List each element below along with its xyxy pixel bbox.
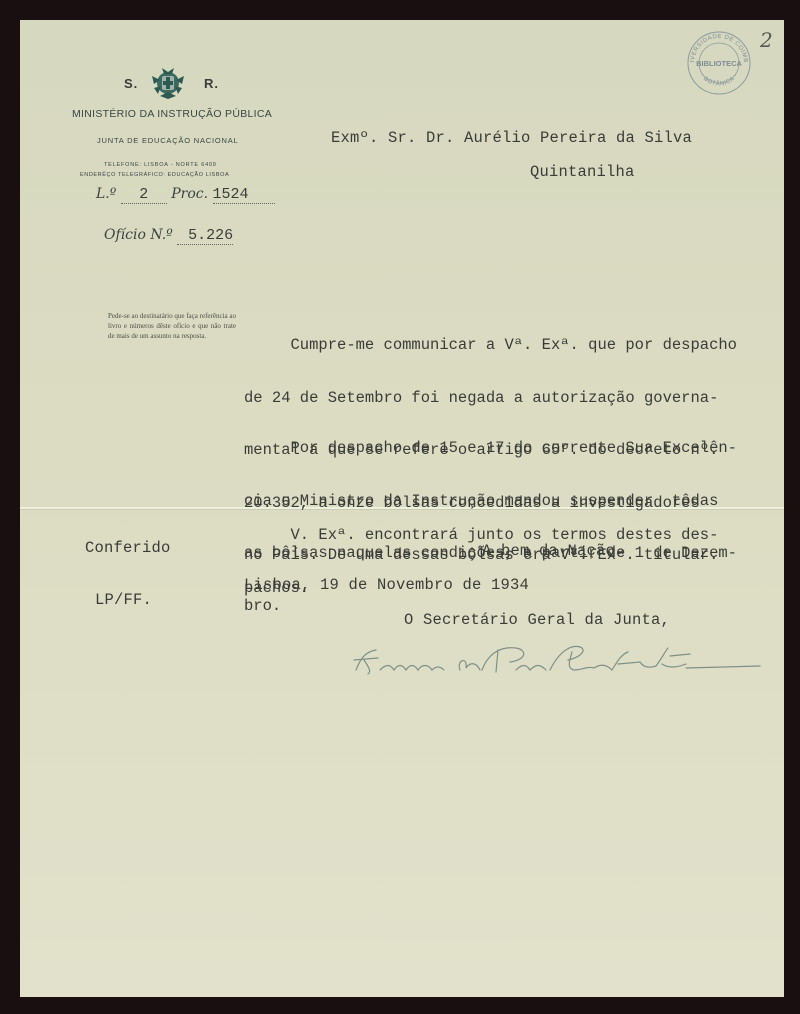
date-line: Lisboa, 19 de Novembro de 1934 <box>244 576 529 594</box>
oficio-line: Ofício N.º 5.226 <box>104 227 233 245</box>
proc-value: 1524 <box>213 186 249 203</box>
library-stamp-icon: UNIVERSIDADE DE COIMBRA BIBLIOTECA · BOT… <box>686 30 752 96</box>
junta-name: JUNTA DE EDUCAÇÃO NACIONAL <box>97 136 239 145</box>
proc-label: Proc. <box>171 186 208 202</box>
livro-label: L.º <box>96 186 116 202</box>
svg-text:BIBLIOTECA: BIBLIOTECA <box>696 59 742 68</box>
body-line: Por despacho de 15 e 17 do corrente Sua … <box>244 440 737 458</box>
salutation: A bem da Nação <box>482 542 615 560</box>
page-number: 2 <box>760 28 773 52</box>
addressee-place: Quintanilha <box>530 163 635 181</box>
reply-instructions-note: Pede-se ao destinatário que faça referên… <box>108 311 236 341</box>
svg-text:· BOTÂNICA ·: · BOTÂNICA · <box>699 73 739 88</box>
livro-value: 2 <box>139 186 148 203</box>
ministry-name: MINISTÉRIO DA INSTRUÇÃO PÚBLICA <box>72 108 272 120</box>
sr-right: R. <box>204 76 219 91</box>
sr-left: S. <box>124 76 138 91</box>
conferido-label: Conferido <box>85 539 171 557</box>
oficio-value: 5.226 <box>188 227 233 244</box>
typist-initials: LP/FF. <box>95 591 152 609</box>
body-line: Cumpre-me communicar a Vª. Exª. que por … <box>244 337 737 355</box>
telegraphic-address: ENDERÊÇO TELEGRÁFICO: EDUCAÇÃO LISBOA <box>80 172 229 178</box>
document-page: S. R. MINISTÉRIO DA INSTRUÇÃO PÚBLICA JU… <box>20 20 784 997</box>
signature-icon <box>350 640 770 680</box>
book-process-line: L.º 2 Proc. 1524 <box>96 186 275 204</box>
signatory-title: O Secretário Geral da Junta, <box>404 611 670 629</box>
oficio-label: Ofício N.º <box>104 227 173 243</box>
addressee-name: Exmº. Sr. Dr. Aurélio Pereira da Silva <box>331 129 692 147</box>
coat-of-arms-icon <box>148 66 188 100</box>
telephone: TELEFONE: LISBOA - NORTE 6409 <box>104 162 217 168</box>
